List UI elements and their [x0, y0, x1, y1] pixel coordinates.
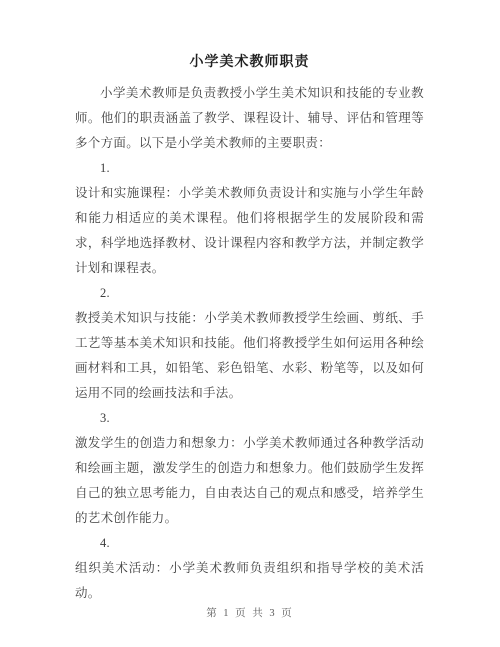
item-number-1: 1. — [100, 156, 424, 181]
intro-paragraph: 小学美术教师是负责教授小学生美术知识和技能的专业教师。他们的职责涵盖了教学、课程… — [75, 81, 424, 156]
page-footer: 第 1 页 共 3 页 — [0, 605, 500, 620]
item-number-4: 4. — [100, 531, 424, 556]
page-number-label: 第 1 页 共 3 页 — [206, 608, 294, 619]
document-page: 小学美术教师职责 小学美术教师是负责教授小学生美术知识和技能的专业教师。他们的职… — [0, 0, 500, 647]
item-number-3: 3. — [100, 406, 424, 431]
item-paragraph-4: 组织美术活动：小学美术教师负责组织和指导学校的美术活动。 — [75, 556, 424, 606]
item-paragraph-3: 激发学生的创造力和想象力：小学美术教师通过各种教学活动和绘画主题，激发学生的创造… — [75, 431, 424, 531]
document-title: 小学美术教师职责 — [75, 50, 424, 75]
item-number-2: 2. — [100, 281, 424, 306]
item-paragraph-2: 教授美术知识与技能：小学美术教师教授学生绘画、剪纸、手工艺等基本美术知识和技能。… — [75, 306, 424, 406]
item-paragraph-1: 设计和实施课程：小学美术教师负责设计和实施与小学生年龄和能力相适应的美术课程。他… — [75, 181, 424, 281]
